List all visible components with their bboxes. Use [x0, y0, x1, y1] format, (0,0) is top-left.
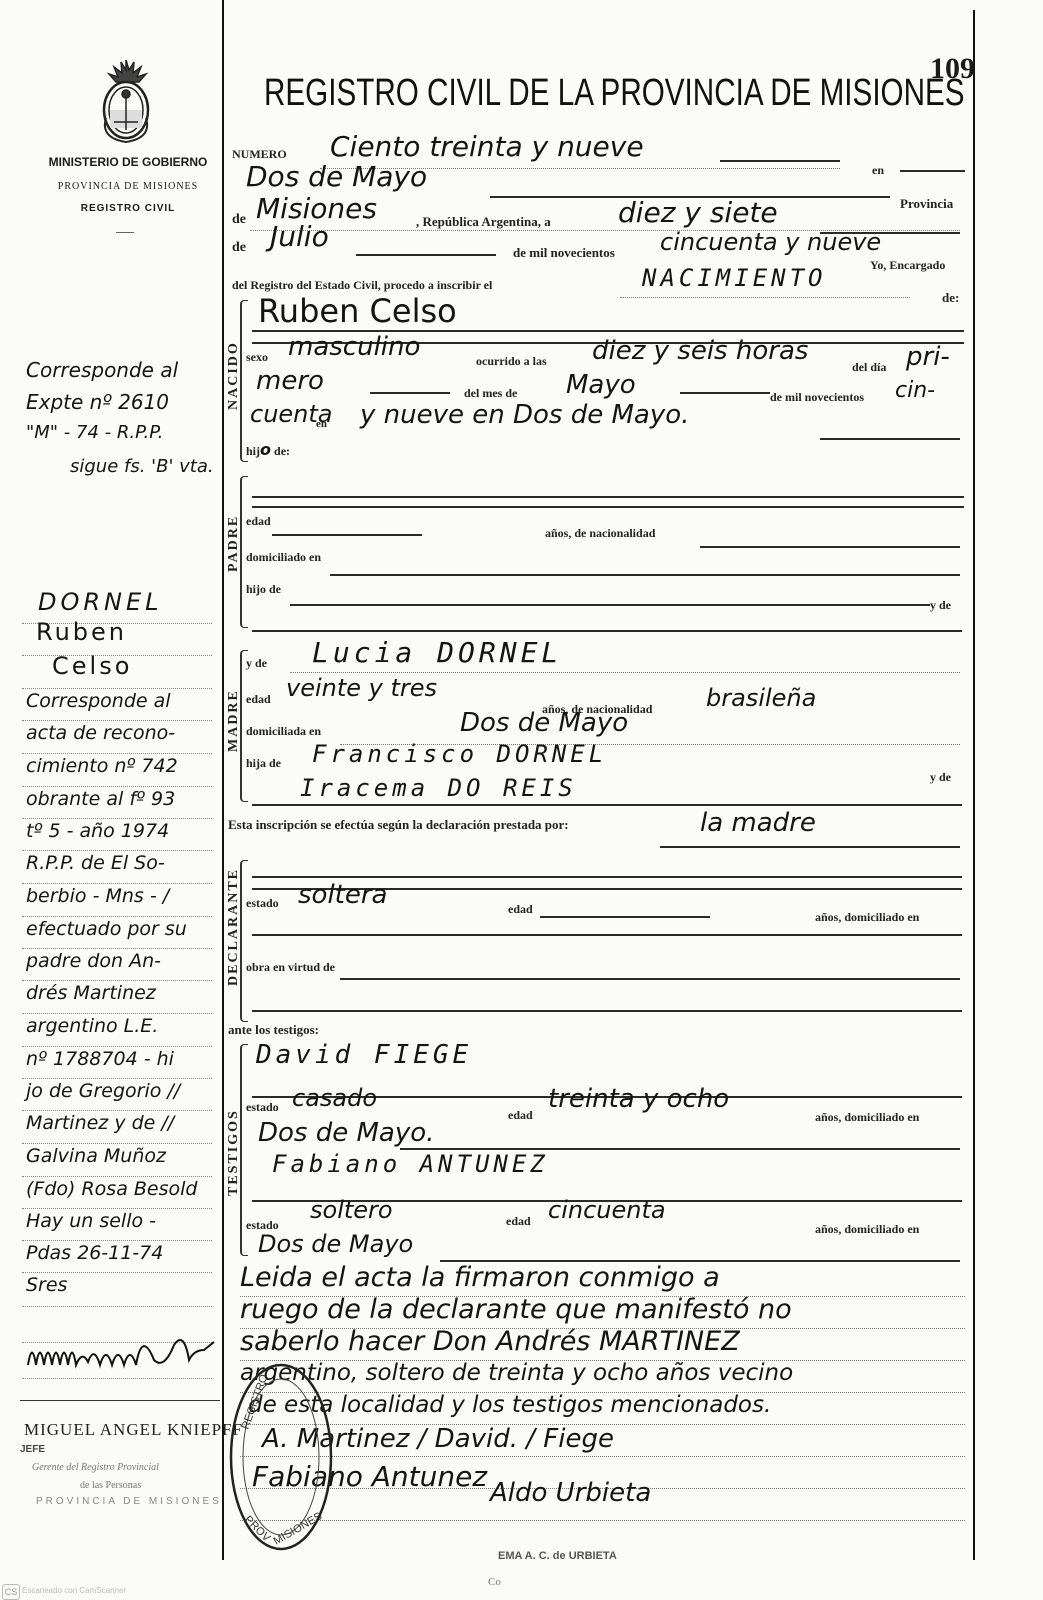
lugar-en-label: en [316, 418, 327, 430]
testigos-intro: ante los testigos: [228, 1022, 319, 1038]
locality-value: Dos de Mayo [246, 160, 427, 193]
lugar-value: y nueve en Dos de Mayo. [360, 400, 689, 430]
declarante-edad-label: edad [508, 902, 533, 917]
madre-hija-de-label: hija de [246, 756, 281, 771]
de-label: de [232, 212, 246, 228]
declarante-section-label: DECLARANTE [226, 868, 242, 986]
madre-domicilio-value: Dos de Mayo [460, 708, 628, 738]
margin-note-2-line-14: argentino L.E. [26, 1015, 158, 1037]
margin-note-2-line-8: tº 5 - año 1974 [26, 820, 169, 842]
child-name: Ruben Celso [258, 292, 457, 330]
anio-value-a: cin- [895, 378, 935, 403]
margin-note-1-line-1: Corresponde al [26, 358, 178, 382]
registry-label: REGISTRO CIVIL [36, 203, 220, 214]
document-title: REGISTRO CIVIL DE LA PROVINCIA DE MISION… [264, 72, 965, 115]
witness-2-domicilio: Dos de Mayo [258, 1230, 413, 1258]
svg-text:MISIONES: MISIONES [272, 1510, 325, 1547]
scanner-logo-icon: CS [2, 1584, 20, 1600]
registro-label: del Registro del Estado Civil, procedo a… [232, 278, 492, 293]
madre-y-de-label: y de [246, 656, 267, 671]
testigos-section-label: TESTIGOS [226, 1109, 242, 1196]
sexo-value: masculino [288, 332, 420, 362]
mother-name: Lucia DORNEL [312, 636, 562, 669]
hijo-de-label: de: [274, 444, 290, 458]
day-value: diez y siete [618, 196, 778, 229]
stamp-name: MIGUEL ANGEL KNIEPFF [24, 1420, 243, 1440]
ministry-label: MINISTERIO DE GOBIERNO [36, 155, 220, 169]
margin-note-2-line-17: Martinez y de // [26, 1112, 174, 1134]
hijo-suffix: o [260, 440, 271, 459]
numero-value: Ciento treinta y nueve [330, 130, 644, 163]
province-label: PROVINCIA DE MISIONES [36, 181, 220, 192]
en-label: en [872, 163, 884, 178]
declarante-estado-label: estado [246, 896, 279, 911]
stamp-office-2: de las Personas [80, 1480, 141, 1491]
margin-note-2-line-13: drés Martinez [26, 982, 156, 1004]
right-border [973, 10, 975, 1560]
hora-value: diez y seis horas [592, 336, 808, 366]
witness-1-estado-label: estado [246, 1100, 279, 1115]
maternal-grandfather: Francisco DORNEL [312, 740, 607, 768]
margin-note-2-line-16: jo de Gregorio // [26, 1080, 180, 1102]
witness-1-name: David FIEGE [256, 1040, 472, 1070]
ocurrido-label: ocurrido a las [476, 354, 547, 369]
declaracion-value: la madre [700, 808, 816, 838]
mes-label: del mes de [464, 386, 517, 401]
margin-note-2-line-7: obrante al fº 93 [26, 788, 175, 810]
margin-note-2-line-5: acta de recono- [26, 722, 175, 744]
margin-note-2-line-22: Sres [26, 1274, 67, 1296]
closing-line-2: ruego de la declarante que manifestó no [240, 1294, 792, 1325]
month-value: Julio [270, 220, 329, 253]
year-label: de mil novecientos [513, 245, 615, 261]
margin-note-2-line-19: (Fdo) Rosa Besold [26, 1178, 197, 1200]
margin-note-2-line-15: nº 1788704 - hi [26, 1048, 174, 1070]
madre-y-de-label2: y de [930, 770, 951, 785]
dia-label: del día [852, 360, 886, 375]
nacido-section-label: NACIDO [226, 341, 242, 410]
stamp-office: Gerente del Registro Provincial [32, 1462, 159, 1473]
margin-note-2-line-9: R.P.P. de El So- [26, 852, 165, 874]
padre-domicilio-label: domiciliado en [246, 550, 321, 565]
witness-2-estado: soltero [310, 1196, 393, 1224]
margin-note-1-line-3: "M" - 74 - R.P.P. [26, 422, 163, 443]
witness-1-domicilio-label: años, domiciliado en [815, 1110, 919, 1125]
officer-stamp-sub: Co [488, 1576, 501, 1588]
madre-nacionalidad-value: brasileña [706, 684, 816, 712]
padre-y-de-label: y de [930, 598, 951, 613]
declarante-domicilio-label: años, domiciliado en [815, 910, 919, 925]
declarante-obra-label: obra en virtud de [246, 960, 335, 975]
margin-signature [24, 1320, 234, 1380]
witness-2-edad: cincuenta [548, 1196, 666, 1224]
dia-value-a: pri- [906, 342, 950, 372]
margin-given-1: Ruben [36, 618, 127, 646]
dia-value-b: mero [256, 366, 324, 396]
witness-1-edad-label: edad [508, 1108, 533, 1123]
witness-2-name: Fabiano ANTUNEZ [272, 1150, 549, 1178]
hijo-label: hijo de: [246, 440, 290, 459]
hijo-prefix: hij [246, 444, 260, 458]
coat-of-arms-icon [96, 58, 156, 148]
margin-note-2-line-20: Hay un sello - [26, 1210, 156, 1232]
madre-domicilio-label: domiciliada en [246, 724, 321, 739]
witness-2-edad-label: edad [506, 1214, 531, 1229]
witness-1-domicilio: Dos de Mayo. [258, 1118, 434, 1148]
witness-1-estado: casado [292, 1084, 377, 1112]
margin-note-1-line-4: sigue fs. 'B' vta. [70, 456, 214, 477]
madre-edad-value: veinte y tres [286, 674, 437, 702]
margin-note-2-line-4: Corresponde al [26, 690, 171, 712]
divider [116, 232, 134, 233]
declaracion-label: Esta inscripción se efectúa según la dec… [228, 817, 569, 833]
padre-edad-label: edad [246, 514, 271, 529]
margin-given-2: Celso [52, 652, 132, 680]
mes-value: Mayo [566, 370, 636, 400]
margin-note-2-line-18: Galvina Muñoz [26, 1145, 166, 1167]
closing-line-1: Leida el acta la firmaron conmigo a [240, 1262, 720, 1293]
month-de-label: de [232, 240, 246, 256]
madre-edad-label: edad [246, 692, 271, 707]
margin-note-2-line-12: padre don An- [26, 950, 161, 972]
margin-note-2-line-21: Pdas 26-11-74 [26, 1242, 163, 1264]
madre-section-label: MADRE [226, 689, 242, 752]
margin-divider [20, 1400, 220, 1401]
seal-text-registro: REGISTRO [240, 1373, 271, 1432]
padre-hijo-de-label: hijo de [246, 582, 281, 597]
officer-stamp: EMA A. C. de URBIETA [498, 1550, 617, 1562]
witness-2-domicilio-label: años, domiciliado en [815, 1222, 919, 1237]
padre-section-label: PADRE [226, 515, 242, 572]
stamp-title: JEFE [20, 1444, 45, 1455]
maternal-grandmother: Iracema DO REIS [300, 774, 577, 802]
padre-nacionalidad-label: años, de nacionalidad [545, 526, 655, 541]
anio-label: de mil novecientos [770, 390, 864, 405]
closing-line-3: saberlo hacer Don Andrés MARTINEZ [240, 1326, 740, 1357]
official-seal-icon: REGISTRO PROV MISIONES [226, 1360, 336, 1555]
officer-signature: Aldo Urbieta [490, 1478, 651, 1508]
republica-label: , República Argentina, a [416, 214, 551, 230]
margin-note-2-line-6: cimiento nº 742 [26, 755, 178, 777]
scanner-watermark: Escaneado con CamScanner [22, 1586, 126, 1595]
stamp-province: PROVINCIA DE MISIONES [36, 1496, 222, 1507]
witness-1-edad: treinta y ocho [548, 1084, 729, 1114]
declarante-estado-value: soltera [298, 880, 388, 910]
margin-note-2-line-11: efectuado por su [26, 918, 187, 940]
act-type-value: NACIMIENTO [642, 264, 827, 292]
margin-note-2-line-10: berbio - Mns - / [26, 885, 169, 907]
year-value: cincuenta y nueve [660, 228, 881, 256]
provincia-label: Provincia [900, 196, 953, 212]
encargado-label: Yo, Encargado [870, 258, 945, 273]
de-colon-label: de: [942, 290, 959, 306]
margin-surname: DORNEL [38, 588, 163, 616]
sexo-label: sexo [246, 350, 268, 365]
margin-note-1-line-2: Expte nº 2610 [26, 390, 169, 414]
